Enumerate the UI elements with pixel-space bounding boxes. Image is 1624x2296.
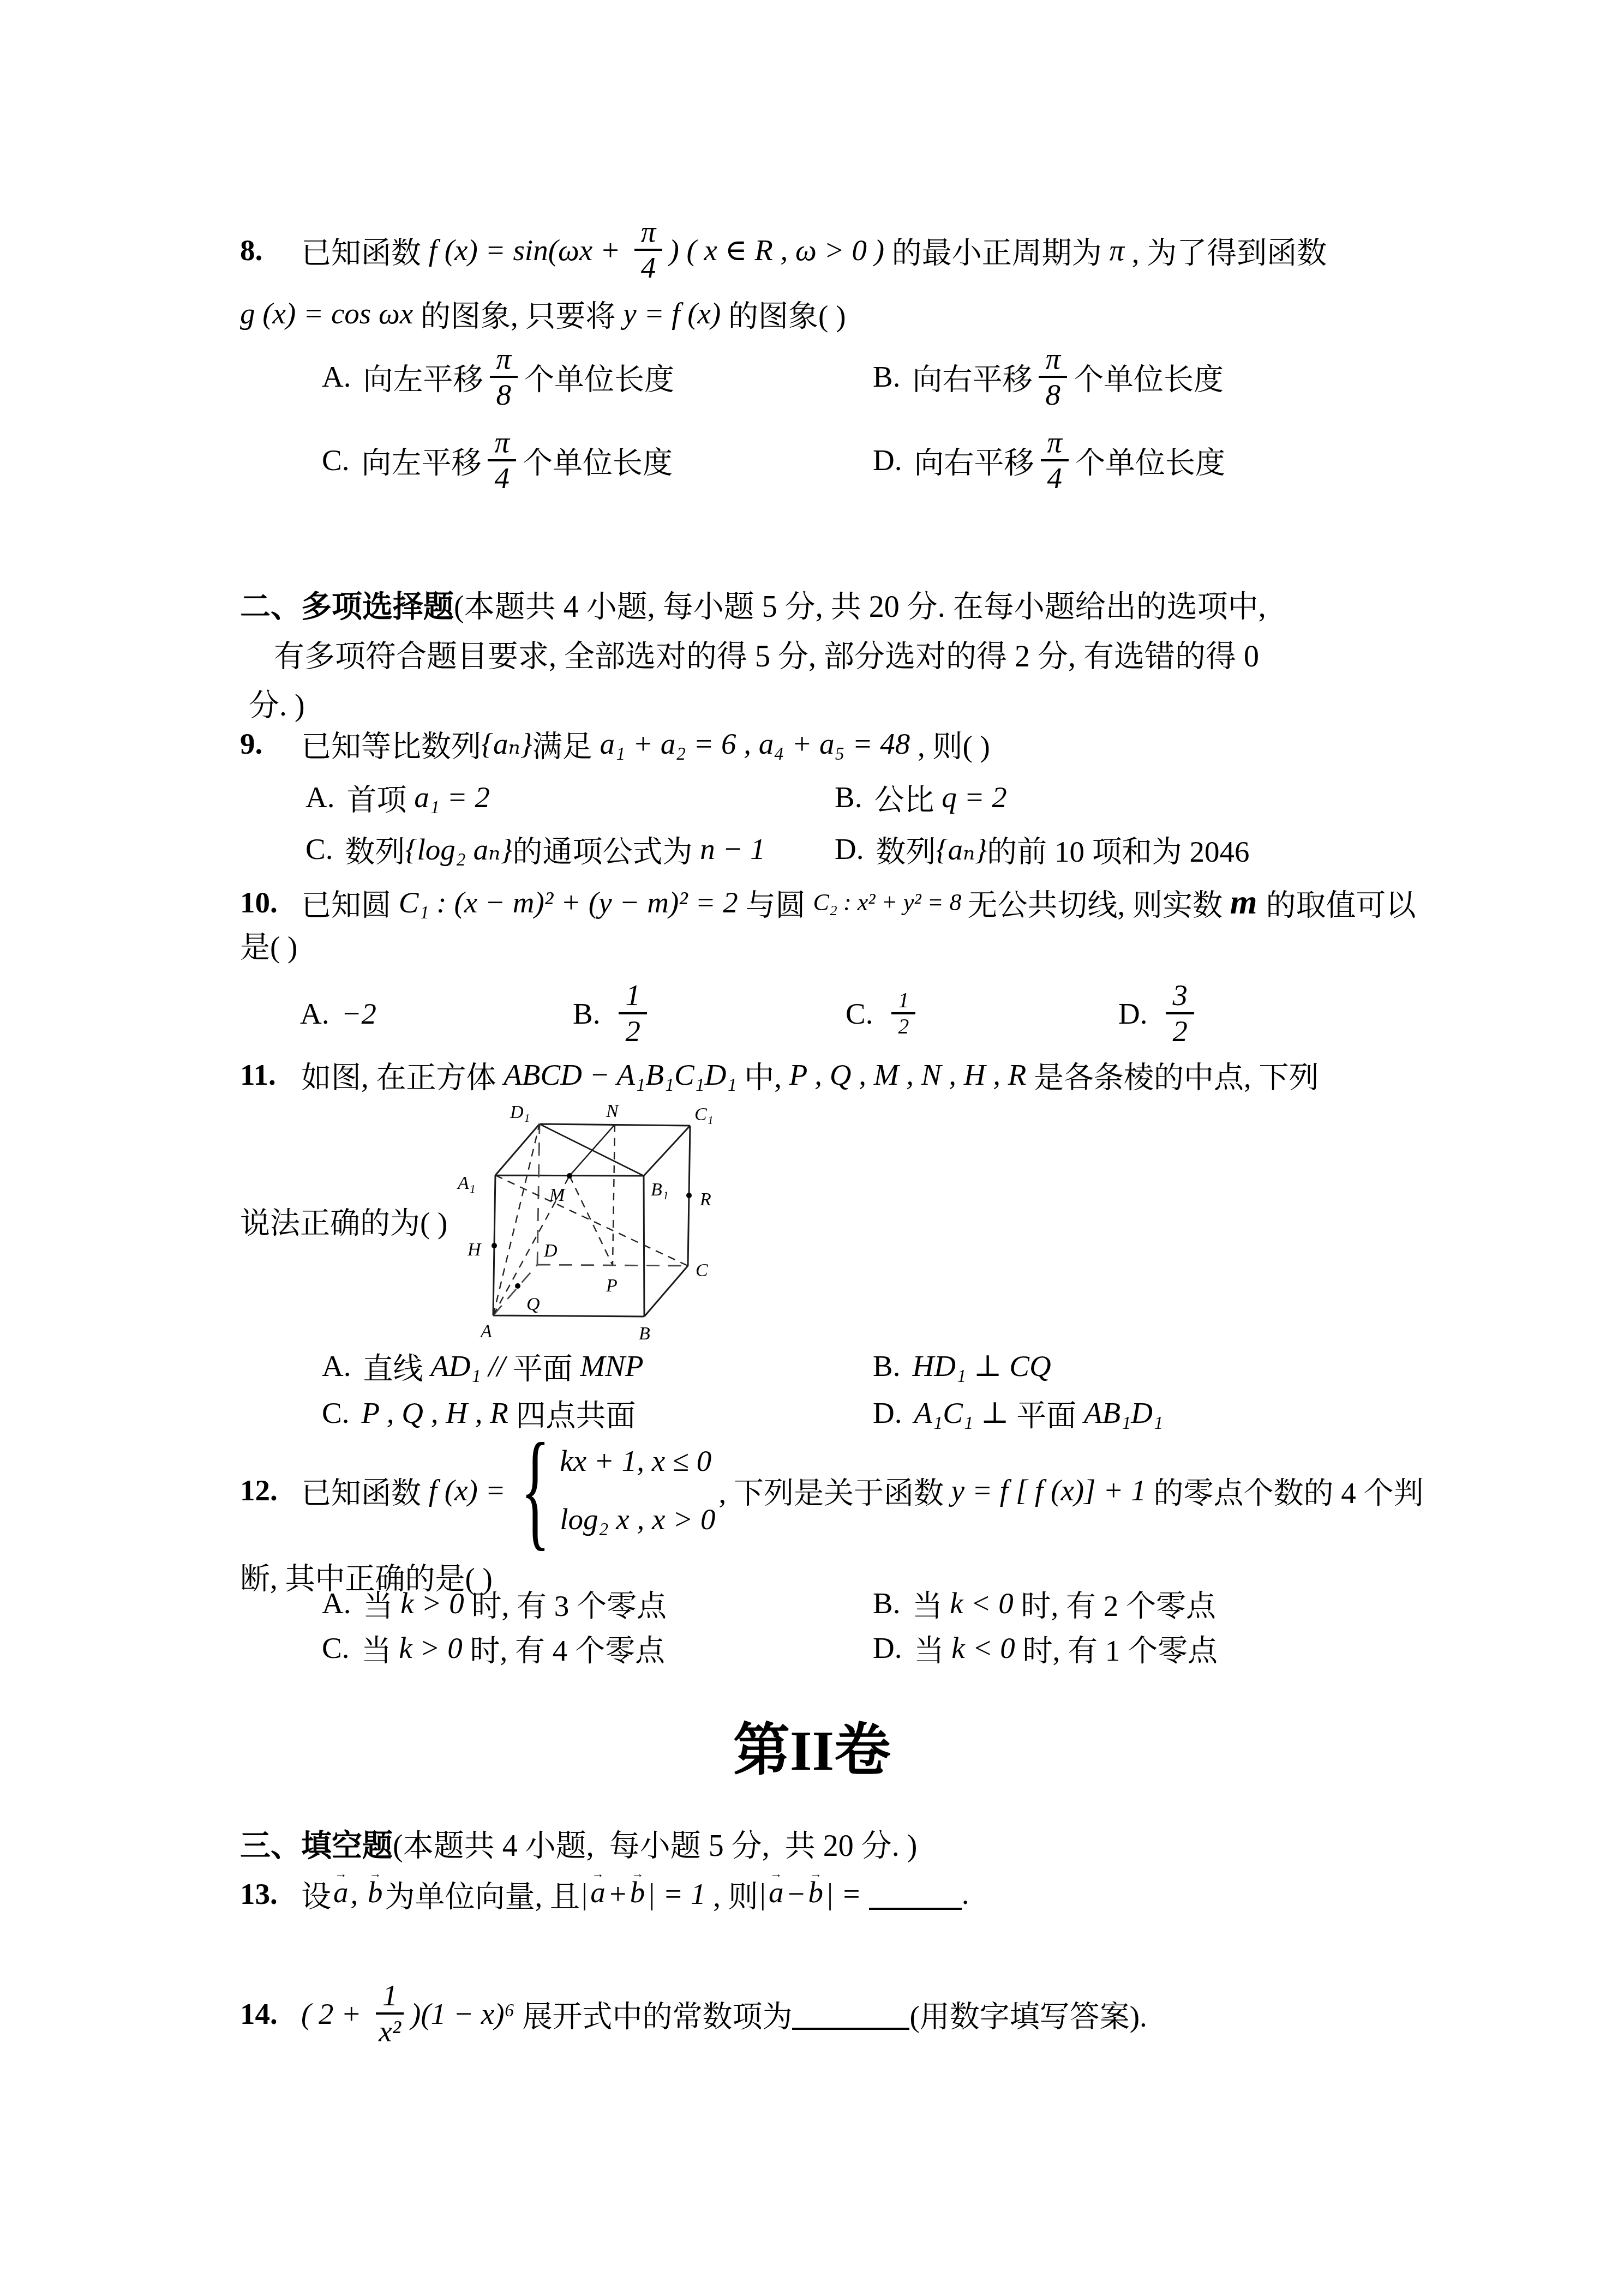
question-number: 14. — [240, 1997, 301, 2031]
text-run: 已知圆 — [301, 881, 399, 924]
fraction-denominator: 2 — [895, 1014, 912, 1038]
abs-bar: | — [580, 1877, 588, 1911]
question-number: 11. — [240, 1057, 301, 1092]
fraction: π4 — [1041, 425, 1069, 495]
fraction-numerator: π — [490, 342, 518, 378]
text-run: 与圆 — [746, 881, 813, 924]
math-run: k < 0 — [950, 1586, 1021, 1620]
text-run: 向右平移 — [914, 438, 1034, 482]
text-run: . — [962, 1877, 969, 1911]
section-2-line-1: 二、多项选择题(本题共 4 小题, 每小题 5 分, 共 20 分. 在每小题给… — [240, 582, 1549, 632]
question-14: 14. ( 2 + 1x² )(1 − x)⁶ 展开式中的常数项为 (用数字填写… — [240, 1959, 1549, 2068]
text-run: 公比 — [874, 776, 934, 819]
math-run: | = — [825, 1877, 869, 1911]
option-label: B. — [873, 1349, 900, 1383]
section-rule-text: 有多项符合题目要求, 全部选对的得 5 分, 部分选对的得 2 分, 有选错的得… — [274, 640, 1259, 674]
part-2-title-text: 第II卷 — [733, 1720, 891, 1782]
text-run: 数列 — [345, 827, 405, 870]
figure-label: C₁ — [694, 1104, 714, 1125]
option-label: D. — [835, 832, 864, 866]
figure-label: D₁ — [510, 1102, 530, 1122]
q8-options: A. 向左平移 π8 个单位长度 B. 向右平移 π8 个单位长度 C. 向左平… — [322, 342, 1549, 495]
text-run: 已知函数 — [301, 1469, 429, 1512]
fraction: π8 — [490, 342, 518, 411]
piecewise-case-2: log₂ x , x > 0 — [560, 1502, 715, 1536]
math-run: MNP — [580, 1349, 644, 1383]
question-8: 8. 已知函数 f (x) = sin(ωx + π4 ) ( x ∈ R , … — [240, 209, 1549, 495]
option-b: B. HD₁ ⊥ CQ — [873, 1346, 1549, 1385]
abs-bar: | — [758, 1877, 766, 1911]
text-run: 个单位长度 — [524, 355, 674, 398]
math-run: f (x) = — [429, 1473, 513, 1507]
fraction-numerator: 3 — [1166, 978, 1194, 1014]
option-a: A. 向左平移 π8 个单位长度 — [322, 342, 873, 411]
answer-blank — [869, 1877, 962, 1910]
piecewise-function: { kx + 1, x ≤ 0 log₂ x , x > 0 — [516, 1444, 715, 1536]
q9-stem: 9. 已知等比数列 {aₙ} 满足 a₁ + a₂ = 6 , a₄ + a₅ … — [240, 719, 1549, 768]
fraction: 12 — [619, 978, 647, 1048]
math-run: AD₁ // — [430, 1349, 513, 1383]
option-c: C. 当 k > 0 时, 有 4 个零点 — [322, 1628, 873, 1667]
text-run: 已知等比数列 — [301, 722, 481, 765]
q11-side-text: 说法正确的为( ) — [240, 1199, 436, 1242]
option-label: B. — [873, 1586, 900, 1620]
option-label: C. — [846, 996, 873, 1031]
text-run: 平面 — [513, 1344, 580, 1387]
text-run: 满足 — [532, 722, 592, 765]
vector-a: →a — [333, 1870, 349, 1908]
question-number: 9. — [240, 726, 301, 761]
option-label: A. — [322, 1586, 351, 1620]
text-run: 的图象, 只要将 — [421, 292, 623, 335]
question-number: 12. — [240, 1473, 301, 1507]
text-run: 时, 有 3 个零点 — [472, 1582, 667, 1625]
question-number: 13. — [240, 1877, 301, 1911]
text-run: 首项 — [346, 776, 406, 819]
figure-label: Q — [526, 1294, 540, 1314]
text-run: 的零点个数的 4 个判 — [1153, 1469, 1423, 1512]
option-c: C. 数列 {log₂ aₙ} 的通项公式为 n − 1 — [305, 827, 835, 870]
text-run: 向左平移 — [363, 355, 483, 398]
text-run: 直线 — [363, 1344, 430, 1387]
option-label: C. — [305, 832, 333, 866]
vector-a: →a — [590, 1870, 606, 1908]
math-run: k > 0 — [399, 1631, 470, 1665]
option-label: B. — [873, 359, 900, 394]
text-run: , 为了得到函数 — [1132, 229, 1327, 272]
vector-symbol: b — [630, 1877, 645, 1908]
math-run: ) ( x ∈ R , ω > 0 ) — [669, 232, 891, 267]
piecewise-rows: kx + 1, x ≤ 0 log₂ x , x > 0 — [560, 1444, 715, 1536]
text-run: 时, 有 4 个零点 — [470, 1626, 665, 1669]
fraction: 12 — [891, 988, 915, 1039]
figure-label: M — [549, 1185, 566, 1205]
math-run: k < 0 — [951, 1631, 1022, 1665]
text-run: 时, 有 1 个零点 — [1023, 1626, 1218, 1669]
fraction-pi-4: π4 — [634, 215, 663, 284]
text-run: 的图象( ) — [728, 292, 846, 335]
text-run: 时, 有 2 个零点 — [1021, 1582, 1216, 1625]
q14-stem: 14. ( 2 + 1x² )(1 − x)⁶ 展开式中的常数项为 (用数字填写… — [240, 1959, 1549, 2068]
text-run: , 则 — [713, 1872, 758, 1915]
segment-m-p — [570, 1176, 613, 1265]
text-run: , 则( ) — [918, 722, 990, 765]
math-run: ( 2 + — [301, 1997, 369, 2031]
text-run: 向左平移 — [361, 438, 481, 482]
option-d: D. 当 k < 0 时, 有 1 个零点 — [873, 1628, 1549, 1667]
piecewise-case-1: kx + 1, x ≤ 0 — [560, 1444, 715, 1478]
vector-b: →b — [630, 1870, 645, 1908]
text-run: 当 — [363, 1582, 400, 1625]
q8-stem-line-2: g (x) = cos ωx 的图象, 只要将 y = f (x) 的图象( ) — [240, 294, 1549, 332]
figure-label: B₁ — [651, 1180, 669, 1200]
q10-options: A. −2 B. 12 C. 12 D. 32 — [300, 970, 1549, 1057]
option-d: D. 32 — [1118, 978, 1391, 1048]
text-run: 当 — [361, 1626, 399, 1669]
vector-symbol: b — [368, 1877, 383, 1908]
fraction-numerator: 1 — [619, 978, 647, 1014]
option-b: B. 当 k < 0 时, 有 2 个零点 — [873, 1583, 1549, 1622]
fraction: π4 — [488, 425, 516, 495]
text-run: 个单位长度 — [523, 438, 673, 482]
q10-stem-line-2: 是( ) — [240, 925, 1549, 963]
option-d: D. 数列 {aₙ} 的前 10 项和为 2046 — [835, 827, 1549, 870]
vector-b: →b — [808, 1870, 824, 1908]
text-run: 当 — [914, 1626, 951, 1669]
segment-n-m — [570, 1125, 615, 1176]
fraction-1-x2: 1x² — [375, 1979, 404, 2048]
dot-m — [567, 1173, 572, 1179]
math-run: , — [351, 1877, 366, 1911]
math-run: k > 0 — [400, 1586, 471, 1620]
figure-label: B — [639, 1324, 650, 1344]
cube-figure: A B C D A₁ B₁ C₁ D₁ M N P Q H R — [423, 1090, 761, 1346]
curly-brace: { — [520, 1425, 550, 1556]
math-run: y = f [ f (x)] + 1 — [951, 1473, 1154, 1507]
math-run: | = 1 — [647, 1877, 713, 1911]
fraction-numerator: 1 — [891, 988, 915, 1014]
fraction-denominator: 4 — [1044, 461, 1066, 495]
answer-blank — [792, 1997, 909, 2030]
option-a: A. 首项 a₁ = 2 — [305, 776, 835, 819]
option-label: C. — [322, 443, 349, 477]
section-title: 三、填空题 — [240, 1829, 393, 1863]
q13-stem: 13. 设 →a , →b 为单位向量, 且 | →a + →b | = 1 ,… — [240, 1865, 1549, 1922]
math-run: a₁ = 2 — [407, 780, 490, 814]
text-run: , 下列是关于函数 — [719, 1469, 951, 1512]
fraction-denominator: 8 — [493, 378, 515, 412]
text-run: 设 — [301, 1872, 331, 1915]
figure-label: D — [543, 1241, 558, 1261]
text-run: 的通项公式为 — [512, 827, 692, 870]
fraction-denominator: 4 — [491, 461, 513, 495]
question-13: 13. 设 →a , →b 为单位向量, 且 | →a + →b | = 1 ,… — [240, 1865, 1549, 1922]
q11-options-grid: A. 直线 AD₁ // 平面 MNP B. HD₁ ⊥ CQ C. P , Q… — [322, 1346, 1549, 1432]
q12-stem-line-1: 12. 已知函数 f (x) = { kx + 1, x ≤ 0 log₂ x … — [240, 1425, 1549, 1555]
text-run: 已知函数 — [301, 229, 429, 272]
option-label: A. — [322, 1349, 351, 1383]
math-run: {aₙ} — [936, 832, 987, 867]
fraction-numerator: π — [1039, 342, 1067, 378]
math-run: y = f (x) — [623, 296, 728, 330]
math-run: g (x) = cos ωx — [240, 296, 421, 330]
option-label: C. — [322, 1631, 349, 1665]
text-run: 为单位向量, 且 — [385, 1872, 580, 1915]
fraction-numerator: π — [634, 215, 663, 251]
q12-options-grid: A. 当 k > 0 时, 有 3 个零点 B. 当 k < 0 时, 有 2 … — [322, 1583, 1549, 1667]
option-label: D. — [873, 1631, 902, 1665]
dot-h — [492, 1243, 497, 1248]
section-2-header: 二、多项选择题(本题共 4 小题, 每小题 5 分, 共 20 分. 在每小题给… — [240, 582, 1549, 731]
option-label: D. — [873, 443, 902, 477]
figure-label: H — [467, 1240, 482, 1260]
question-9: 9. 已知等比数列 {aₙ} 满足 a₁ + a₂ = 6 , a₄ + a₅ … — [240, 719, 1549, 870]
math-run: C₂ : x² + y² = 8 — [813, 888, 967, 916]
q9-options: A. 首项 a₁ = 2 B. 公比 q = 2 C. 数列 {log₂ aₙ}… — [305, 776, 1549, 870]
math-run: q = 2 — [934, 780, 1006, 814]
option-a: A. 当 k > 0 时, 有 3 个零点 — [322, 1583, 873, 1622]
option-label: A. — [305, 780, 334, 814]
text-run: 无公共切线, 则实数 — [968, 881, 1230, 924]
section-title: 二、多项选择题 — [240, 590, 454, 624]
math-run: C₁ : (x − m)² + (y − m)² = 2 — [399, 885, 746, 919]
math-run: {aₙ} — [481, 726, 532, 761]
segment-n-p — [613, 1125, 615, 1265]
option-d: D. 向右平移 π4 个单位长度 — [873, 425, 1549, 495]
vector-symbol: a — [590, 1877, 606, 1908]
q11-options: A. 直线 AD₁ // 平面 MNP B. HD₁ ⊥ CQ C. P , Q… — [240, 1346, 1549, 1432]
math-run: a₁ + a₂ = 6 , a₄ + a₅ = 48 — [592, 726, 918, 761]
option-label: A. — [322, 359, 351, 394]
text-run: 展开式中的常数项为 — [522, 1992, 792, 2035]
figure-label: A — [480, 1321, 492, 1342]
q12-options: A. 当 k > 0 时, 有 3 个零点 B. 当 k < 0 时, 有 2 … — [240, 1583, 1549, 1667]
q10-stem-line-1: 10. 已知圆 C₁ : (x − m)² + (y − m)² = 2 与圆 … — [240, 879, 1549, 925]
text-run: (用数字填写答案). — [909, 1992, 1147, 2035]
option-label: D. — [1118, 996, 1147, 1031]
math-run: )(1 − x)⁶ — [411, 1997, 522, 2031]
question-number: 8. — [240, 233, 301, 267]
option-b: B. 公比 q = 2 — [835, 776, 1549, 819]
section-rule-text: 分. ) — [249, 689, 305, 723]
solid-construction-lines — [540, 1124, 644, 1176]
option-label: B. — [835, 780, 862, 814]
text-run: 个单位长度 — [1075, 438, 1225, 482]
math-run: {log₂ aₙ} — [405, 832, 512, 867]
text-run: 说法正确的为( ) — [240, 1206, 447, 1240]
figure-label: A₁ — [457, 1173, 476, 1193]
vector-symbol: a — [333, 1877, 349, 1908]
fraction: π8 — [1039, 342, 1067, 411]
dot-r — [686, 1193, 692, 1198]
section-rule-text: (本题共 4 小题, 每小题 5 分, 共 20 分. ) — [393, 1829, 917, 1863]
option-label: A. — [300, 996, 329, 1031]
text-run: 是( ) — [240, 923, 297, 966]
vector-symbol: b — [808, 1877, 824, 1908]
text-run: 当 — [912, 1582, 950, 1625]
option-c: C. 12 — [846, 988, 1118, 1039]
text-run: 数列 — [876, 827, 936, 870]
math-run: −2 — [341, 996, 376, 1031]
exam-page: 8. 已知函数 f (x) = sin(ωx + π4 ) ( x ∈ R , … — [0, 0, 1624, 2296]
option-b: B. 向右平移 π8 个单位长度 — [873, 342, 1549, 411]
cube-solid-edges — [493, 1124, 690, 1317]
fraction-numerator: π — [1041, 425, 1069, 461]
math-run: + — [608, 1877, 628, 1911]
q8-stem-line-1: 8. 已知函数 f (x) = sin(ωx + π4 ) ( x ∈ R , … — [240, 209, 1549, 291]
fraction-numerator: 1 — [376, 1979, 404, 2015]
question-number: 10. — [240, 885, 301, 919]
question-12: 12. 已知函数 f (x) = { kx + 1, x ≤ 0 log₂ x … — [240, 1425, 1549, 1596]
math-run: − — [786, 1877, 806, 1911]
text-run: 个单位长度 — [1074, 355, 1224, 398]
fraction-denominator: 2 — [622, 1014, 644, 1048]
text-run: 是各条棱的中点, 下列 — [1034, 1053, 1319, 1096]
part-2-title: 第II卷 — [0, 1704, 1624, 1786]
fraction-denominator: 4 — [638, 251, 660, 285]
vector-b: →b — [368, 1870, 383, 1908]
section-3-header: 三、填空题(本题共 4 小题, 每小题 5 分, 共 20 分. ) — [240, 1822, 1549, 1865]
section-rule-text: (本题共 4 小题, 每小题 5 分, 共 20 分. 在每小题给出的选项中, — [454, 590, 1266, 624]
math-run: f (x) = sin(ωx + — [429, 233, 628, 267]
math-run: n − 1 — [692, 832, 765, 866]
q11-figure-wrap: A B C D A₁ B₁ C₁ D₁ M N P Q H R — [423, 1090, 761, 1353]
vector-symbol: a — [769, 1877, 784, 1908]
math-run: P , Q , M , N , H , R — [789, 1057, 1034, 1092]
cube-edge-lines — [493, 1124, 690, 1317]
fraction-denominator: 8 — [1042, 378, 1064, 412]
math-run: m — [1230, 882, 1266, 922]
math-run: π — [1110, 233, 1132, 267]
fraction-denominator: 2 — [1169, 1014, 1191, 1048]
figure-label: N — [606, 1101, 620, 1121]
question-10: 10. 已知圆 C₁ : (x − m)² + (y − m)² = 2 与圆 … — [240, 879, 1549, 1057]
math-run: HD₁ ⊥ CQ — [912, 1348, 1051, 1383]
vector-a: →a — [769, 1870, 784, 1908]
option-a: A. 直线 AD₁ // 平面 MNP — [322, 1346, 873, 1385]
section-2-line-2: 有多项符合题目要求, 全部选对的得 5 分, 部分选对的得 2 分, 有选错的得… — [274, 632, 1549, 682]
text-run: 的取值可以 — [1266, 881, 1416, 924]
option-c: C. 向左平移 π4 个单位长度 — [322, 425, 873, 495]
option-b: B. 12 — [573, 978, 846, 1048]
text-run: 向右平移 — [912, 355, 1032, 398]
text-run: 的最小正周期为 — [892, 229, 1110, 272]
fraction: 32 — [1166, 978, 1194, 1048]
figure-label: R — [699, 1189, 711, 1210]
fraction-numerator: π — [488, 425, 516, 461]
fraction-denominator: x² — [375, 2015, 404, 2048]
figure-label: C — [696, 1260, 708, 1281]
math-run: ABCD − A₁B₁C₁D₁ — [504, 1057, 744, 1092]
dot-q — [515, 1283, 520, 1289]
figure-label: P — [606, 1276, 618, 1296]
option-label: B. — [573, 996, 600, 1031]
text-run: 的前 10 项和为 2046 — [987, 827, 1249, 870]
option-a: A. −2 — [300, 996, 573, 1031]
